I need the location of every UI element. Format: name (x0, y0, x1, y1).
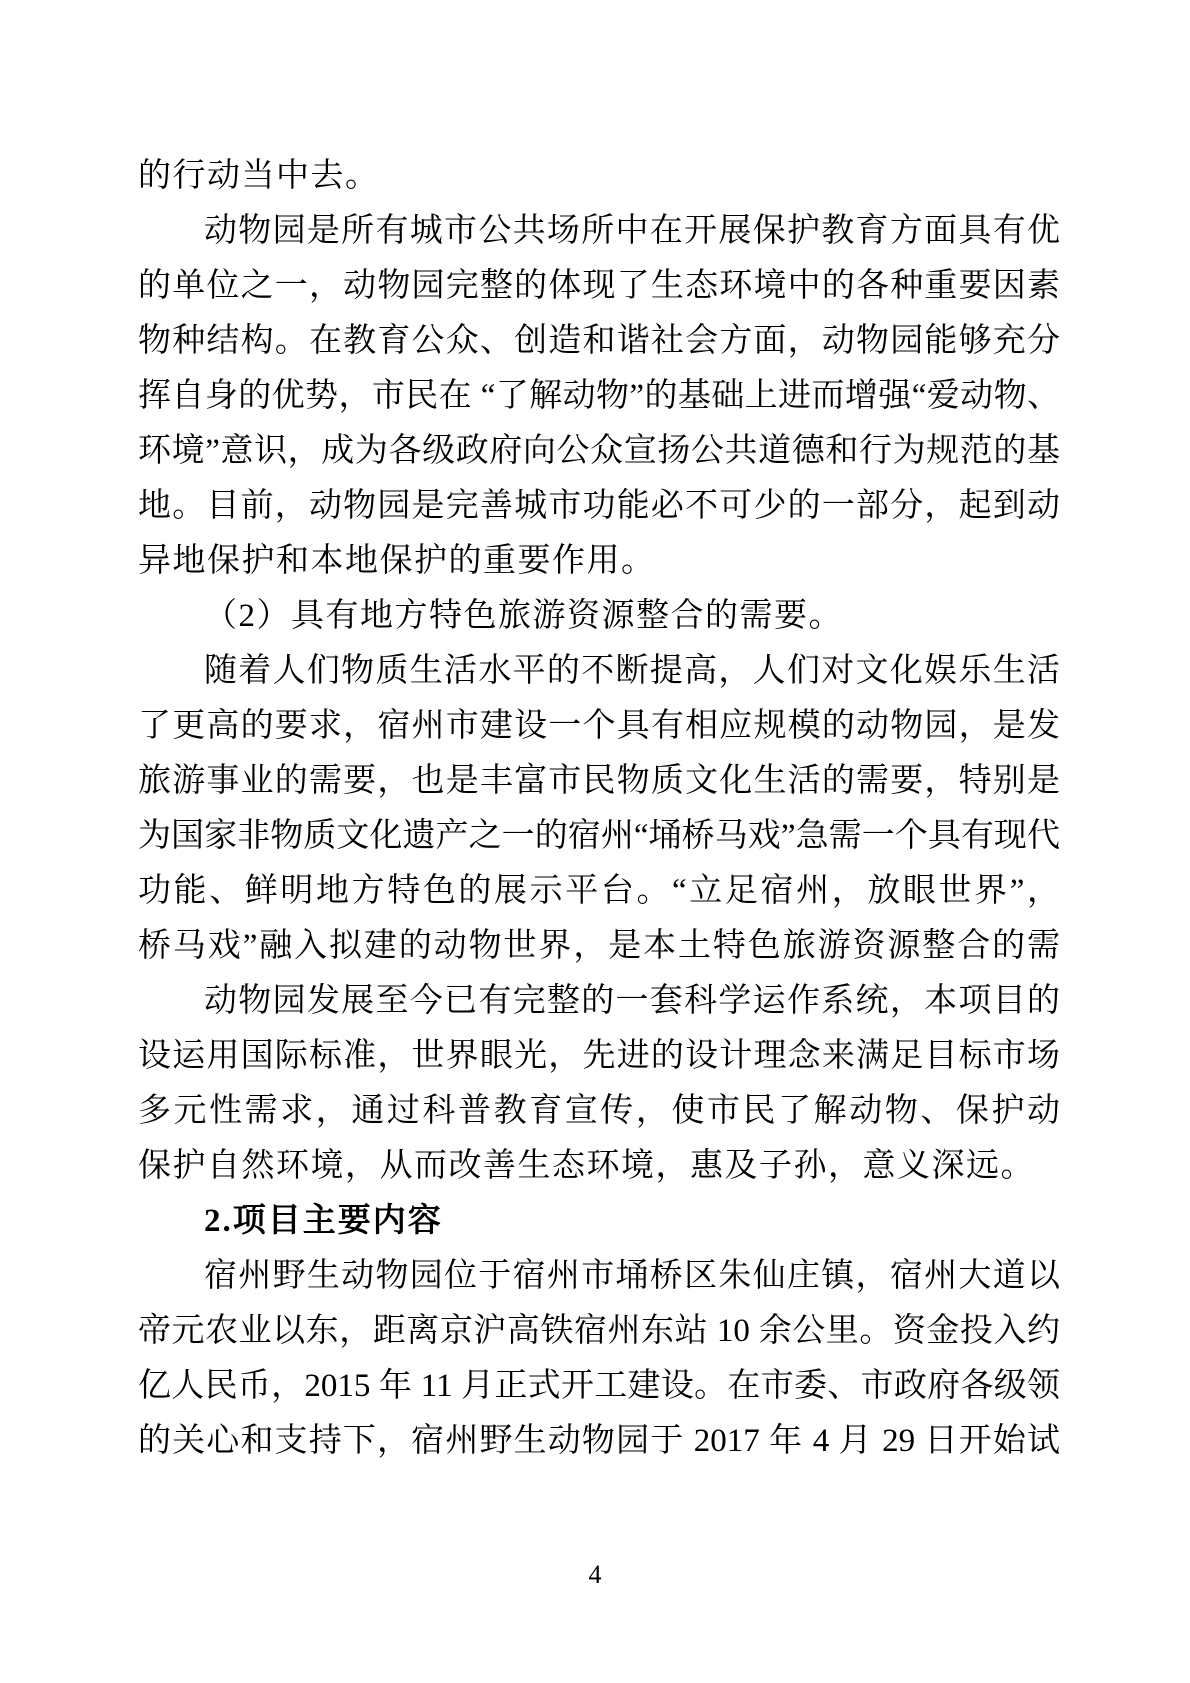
text-line: 保护自然环境，从而改善生态环境，惠及子孙，意义深远。 (138, 1139, 1060, 1194)
text-line: 了更高的要求，宿州市建设一个具有相应规模的动物园，是发展 (138, 699, 1060, 754)
text-line: 的行动当中去。 (138, 149, 1060, 204)
text-line: 帝元农业以东，距离京沪高铁宿州东站 10 余公里。资金投入约 5 (138, 1304, 1060, 1359)
text-line: （2）具有地方特色旅游资源整合的需要。 (138, 589, 1060, 644)
text-line: 环境”意识，成为各级政府向公众宣扬公共道德和行为规范的基 (138, 424, 1060, 479)
text-line: 设运用国际标准，世界眼光，先进的设计理念来满足目标市场的 (138, 1029, 1060, 1084)
page-number: 4 (0, 1558, 1190, 1592)
text-line: 物种结构。在教育公众、创造和谐社会方面，动物园能够充分发 (138, 314, 1060, 369)
text-line: 为国家非物质文化遗产之一的宿州“埇桥马戏”急需一个具有现代 (138, 809, 1060, 864)
document-page: 的行动当中去。动物园是所有城市公共场所中在开展保护教育方面具有优势的单位之一，动… (0, 0, 1190, 1683)
text-line: 地。目前，动物园是完善城市功能必不可少的一部分，起到动物 (138, 479, 1060, 534)
text-line: 多元性需求，通过科普教育宣传，使市民了解动物、保护动物、 (138, 1084, 1060, 1139)
text-line: 的关心和支持下，宿州野生动物园于 2017 年 4 月 29 日开始试营 (138, 1414, 1060, 1469)
section-heading: 2.项目主要内容 (138, 1194, 1060, 1249)
text-line: 宿州野生动物园位于宿州市埇桥区朱仙庄镇，宿州大道以南 (138, 1249, 1060, 1304)
text-line: 挥自身的优势，市民在 “了解动物”的基础上进而增强“爱动物、爱 (138, 369, 1060, 424)
text-line: 桥马戏”融入拟建的动物世界，是本土特色旅游资源整合的需要。 (138, 919, 1060, 974)
text-line: 的单位之一，动物园完整的体现了生态环境中的各种重要因素和 (138, 259, 1060, 314)
text-line: 异地保护和本地保护的重要作用。 (138, 534, 1060, 589)
text-line: 亿人民币，2015 年 11 月正式开工建设。在市委、市政府各级领导 (138, 1359, 1060, 1414)
text-line: 动物园发展至今已有完整的一套科学运作系统，本项目的建 (138, 974, 1060, 1029)
text-line: 功能、鲜明地方特色的展示平台。“立足宿州，放眼世界”，将“埇 (138, 864, 1060, 919)
text-line: 动物园是所有城市公共场所中在开展保护教育方面具有优势 (138, 204, 1060, 259)
text-line: 旅游事业的需要，也是丰富市民物质文化生活的需要，特别是做 (138, 754, 1060, 809)
document-body: 的行动当中去。动物园是所有城市公共场所中在开展保护教育方面具有优势的单位之一，动… (138, 149, 1060, 1469)
text-line: 随着人们物质生活水平的不断提高，人们对文化娱乐生活有 (138, 644, 1060, 699)
